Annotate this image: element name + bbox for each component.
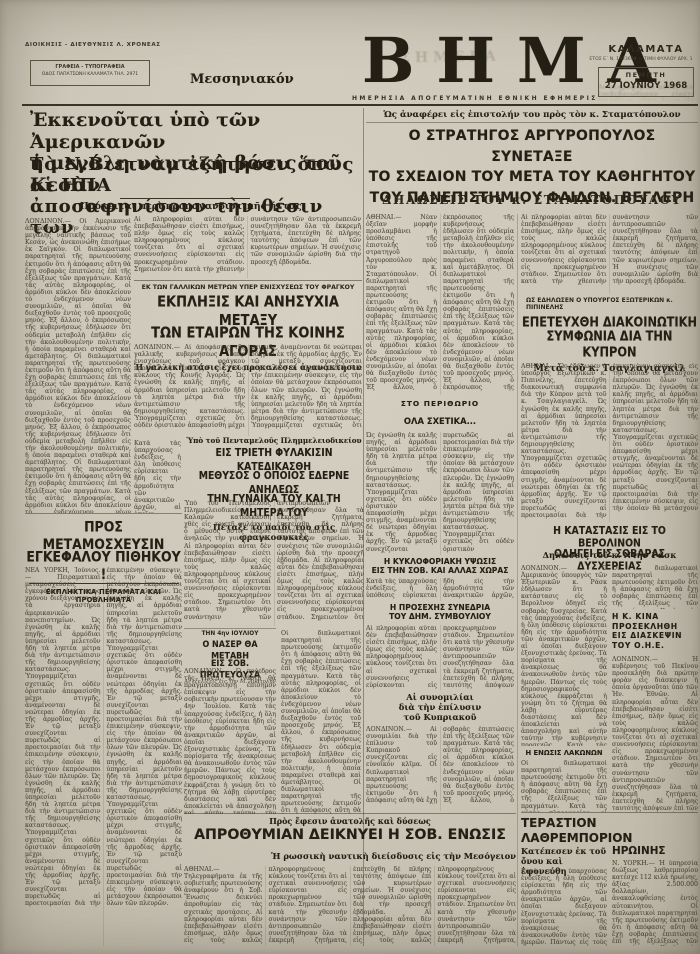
masthead-tagline: ΗΜΕΡΗΣΙΑ ΑΠΟΓΕΥΜΑΤΙΝΗ ΕΘΝΙΚΗ ΕΦΗΜΕΡΙΣ xyxy=(352,95,632,102)
right-body-3: Κατὰ τὰς ὑπαρχούσας ἐνδείξεις, ἡ ὅλη ὑπό… xyxy=(366,578,514,601)
reluctance-headline: ΑΠΡΟΘΥΜΙΑΝ ΔΕΙΚΝΥΕΙ Η ΣΟΒ. ΕΝΩΣΙΣ xyxy=(184,827,516,843)
heroin-body-right: Ν. ΥΟΡΚΗ.— Ἡ ὑπηρεσία διώξεως λαθρεμπορί… xyxy=(612,860,698,946)
heroin-body-left: Κατὰ τὰς ὑπαρχούσας ἐνδείξεις, ἡ ὅλη ὑπό… xyxy=(521,868,607,946)
china-un-4: ΤΟΥ Ο.Η.Ε. xyxy=(612,641,664,650)
right-body-1: ΑΘΗΝΑΙ.— Νέαν ὀξεῖαν μορφὴν προσλαμβάνει… xyxy=(366,214,514,395)
kyklo-header-1: Η ΚΥΚΛΟΦΟΡΙΑΚΗ ΥΨΩΣΙΣ xyxy=(384,557,496,566)
subhead-rule xyxy=(120,198,250,199)
masthead-city: ΚΑΛΑΜΑΤΑ xyxy=(596,44,696,55)
cyprus-talks-1: Αἱ συνομιλίαι xyxy=(406,692,473,702)
cyprus-kicker: ΩΣ ΕΔΗΛΩΣΕΝ Ο ΥΠΟΥΡΓΟΣ ΕΞΩΤΕΡΙΚΩΝ κ. ΠΙΠ… xyxy=(521,297,698,311)
nasser-kicker: ΤΗΝ 4ην ΙΟΥΛΙΟΥ xyxy=(184,631,276,637)
masthead-issue-line: ΕΤΟΣ Ε΄ Ν. 1923694 — ΤΙΜΗ ΦΥΛΛΟΥ ΔΡΧ. 1 xyxy=(584,57,698,62)
china-un-1: Η Κ. ΚΙΝΑ xyxy=(612,612,659,621)
synedria-header: Η ΠΡΟΣΕΧΗΣ ΣΥΝΕΔΡΙΑ ΤΟΥ ΔΗΜ. ΣΥΜΒΟΥΛΙΟΥ xyxy=(366,603,514,622)
lead-right-headline-1: Ο ΣΤΡΑΤΗΓΟΣ ΑΡΓΥΡΟΠΟΥΛΟΣ ΣΥΝΕΤΑΞΕ xyxy=(409,128,656,165)
cyprus-talks-2: διὰ τὴν ἐπίλυσιν xyxy=(399,702,481,712)
berlin-body-right: Οἱ διπλωματικοὶ παρατηρηταὶ τῆς πρωτευού… xyxy=(612,565,698,609)
heroin-headline-2: ΗΡΩΙΝΗΣ xyxy=(612,845,698,857)
trial-kicker: Ὑπὸ τοῦ Πενταμελοῦς Πλημμελειοδικείου xyxy=(184,436,364,445)
cyprus-kicker-text: ΩΣ ΕΔΗΛΩΣΕΝ Ο ΥΠΟΥΡΓΟΣ ΕΞΩΤΕΡΙΚΩΝ κ. ΠΙΠ… xyxy=(526,297,693,311)
lead-left-headline-2a: Τὸ Ν.Βιετνὰμ ἐζήτησεν ὅπως αἱ ΗΠΑ xyxy=(30,154,354,196)
left-strip-body: Κατὰ τὰς ὑπαρχούσας ἐνδείξεις, ἡ ὅλη ὑπό… xyxy=(134,440,181,513)
berlin-subhead: Δηλώσεις τοῦ κ. Ντὴν Ράσκ xyxy=(521,550,698,560)
kyklo-header: Η ΚΥΚΛΟΦΟΡΙΑΚΗ ΥΨΩΣΙΣ ΕΙΣ ΤΗΝ ΣΟΒ. ΚΑΙ Α… xyxy=(366,557,514,576)
marginal-header-1: ΣΤΟ ΠΕΡΙΘΩΡΙΟ xyxy=(366,399,514,408)
reluctance-kicker: Πρὸς ἔφεσιν ἀνατολῆς καὶ δύσεως xyxy=(184,816,516,826)
masthead-office-box: ΓΡΑΦΕΙΑ - ΤΥΠΟΓΡΑΦΕΙΑ ΟΔΟΣ ΠΑΠΑΤΣΩΝΗ ΚΑΛ… xyxy=(30,60,150,86)
heroin-side-head-1: Κατέπεσεν ἐκ τοῦ xyxy=(521,846,606,856)
synedria-header-2: ΤΟΥ ΔΗΜ. ΣΥΜΒΟΥΛΙΟΥ xyxy=(389,612,491,621)
common-market-kicker: ΕΚ ΤΩΝ ΓΑΛΛΙΚΩΝ ΜΕΤΡΩΝ ΥΠΕΡ ΕΝΙΣΧΥΣΕΩΣ Τ… xyxy=(134,284,362,291)
lead-left-body-cols23: Αἱ πληροφορίαι αὗται δὲν ἐπεβεβαιώθησαν … xyxy=(134,216,361,278)
right-body-5: ΛΟΝΔΙΝΟΝ.— Αἱ συνομιλίαι διὰ τὴν ἐπίλυσι… xyxy=(366,726,514,811)
nasser-body: ΛΟΝΔΙΝΟΝ.— Ὁ πρόεδρος τῆς Η.Α.Δ. κ. Νάσε… xyxy=(184,668,276,814)
kyklo-header-2: ΕΙΣ ΤΗΝ ΣΟΒ. ΚΑΙ ΑΛΛΑΣ ΧΩΡΑΣ xyxy=(372,566,509,575)
cyprus-headline-2: ΣΥΜΦΩΝΙΑ ΔΙΑ ΤΗΝ ΚΥΠΡΟΝ xyxy=(521,328,698,361)
reluctance-body: ΑΘΗΝΑΙ.— Τηλεγραφήματα ἐκ τῆς σοβιετικῆς… xyxy=(184,866,516,946)
heroin-headline: ΤΕΡΑΣΤΙΟΝ ΛΑΘΡΕΜΠΟΡΙΟΝ xyxy=(521,816,698,845)
china-un-header: Η Κ. ΚΙΝΑ ΠΡΟΣΕΚΛΗΘΗ ΕΙΣ ΔΙΑΣΚΕΨΙΝ ΤΟΥ Ο… xyxy=(612,612,698,650)
newspaper-page: ΣΗΜΕΡΑ Αἱ πληροφορίαι αὗται δὲν ἐπεβεβαι… xyxy=(0,0,700,954)
reluctance-subhead: Ἡ ρωσσικὴ ναυτικὴ διείσδυσις εἰς τὴν Μεσ… xyxy=(240,851,516,861)
berlin-body-left: ΛΟΝΔΙΝΟΝ.— Ὁ Ἀμερικανὸς ὑπουργὸς τῶν Ἐξω… xyxy=(521,565,607,746)
trial-body: Ὑπὸ τοῦ Πενταμελοῦς Πλημμελειοδικείου Κα… xyxy=(184,500,364,626)
date-box: ΠΕΜΠΤΗ 27 ΙΟΥΝΙΟΥ 1968 xyxy=(598,67,694,97)
right-column-divider xyxy=(517,214,518,946)
banner-top-rule xyxy=(184,813,516,814)
lead-right-subhead: ΔΗΛΩΣΕΙΣ ΤΟΥ κ. ΣΤΑΜΑΤΟΠΟΥΛΟΥ xyxy=(366,193,698,207)
brain-body: ΝΕΑ ΥΟΡΚΗ, Ἰούνιος.— Πειραματικαὶ μεταμο… xyxy=(25,567,182,946)
lead-left-subhead: Πρόκειται περὶ προπαγανδιστικῆς ἥττας; xyxy=(40,201,345,212)
lead-left-body-col1: ΛΟΝΔΙΝΟΝ.— Οἱ Ἀμερικανοὶ ἀπεφάσισαν τὴν … xyxy=(25,218,131,513)
date-box-date: 27 ΙΟΥΝΙΟΥ 1968 xyxy=(601,81,691,91)
marginal-header-2: ΟΛΑ ΣΧΕΤΙΚΑ... xyxy=(366,416,514,426)
office-box-line1: ΓΡΑΦΕΙΑ - ΤΥΠΟΓΡΑΦΕΙΑ xyxy=(33,64,147,70)
masthead-owner-line: ΔΙΟΙΚΗΣΙΣ - ΔΙΕΥΘΥΝΣΙΣ Λ. ΧΡΟΝΕΑΣ xyxy=(25,42,245,48)
china-un-body: ΛΟΝΔΙΝΟΝ.— Ἡ κυβέρνησις τοῦ Πεκίνου προσ… xyxy=(612,656,698,812)
berlin-body-left-2: Οἱ διπλωματικοὶ παρατηρηταὶ τῆς πρωτευού… xyxy=(521,760,607,812)
cyprus-talks-header: Αἱ συνομιλίαι διὰ τὴν ἐπίλυσιν τοῦ Κυπρι… xyxy=(366,692,514,723)
lakonia-header: Η ΕΝΩΣΙΣ ΛΑΚΩΝΩΝ xyxy=(521,749,607,757)
cyprus-talks-3: τοῦ Κυπριακοῦ xyxy=(404,712,477,722)
cyprus-body: ΑΘΗΝΑΙ.— Ὡς ἐδήλωσεν ὁ ὑπουργὸς Ἐξωτερικ… xyxy=(521,363,698,522)
synedria-header-1: Η ΠΡΟΣΕΧΗΣ ΣΥΝΕΔΡΙΑ xyxy=(390,603,490,612)
lead-left-headline-1a: Ἐκκενοῦται ὑπὸ τῶν Ἀμερικανῶν xyxy=(30,109,260,153)
common-market-body: ΛΟΝΔΙΝΟΝ.— Αἱ ἀποφάσεις τῆς γαλλικῆς κυβ… xyxy=(134,344,362,436)
heroin-top-rule xyxy=(521,812,698,813)
lead-right-kicker: Ὡς ἀναφέρει εἰς ἐπιστολήν του πρὸς τὸν κ… xyxy=(366,110,698,123)
lead-right-headline-2: ΤΟ ΣΧΕΔΙΟΝ ΤΟΥ ΜΕΤΑ ΤΟΥ ΚΑΘΗΓΗΤΟΥ xyxy=(369,169,696,185)
right-body-top: Αἱ πληροφορίαι αὗται δὲν ἐπεβεβαιώθησαν … xyxy=(521,214,698,294)
right-body-2: Ὡς ἐγνώσθη ἐκ καλῆς πηγῆς, αἱ ἁρμόδιαι ὑ… xyxy=(366,432,514,555)
date-box-day: ΠΕΜΠΤΗ xyxy=(601,71,691,79)
china-un-2: ΠΡΟΣΕΚΛΗΘΗ xyxy=(612,622,678,631)
edition-label: Μεσσηνιακόν xyxy=(190,72,294,87)
berlin-headline: Η ΚΑΤΑΣΤΑΣΙΣ ΕΙΣ ΤΟ ΒΕΡΟΛΙΝΟΝ ΟΔΗΓΕΙ ΕΙΣ… xyxy=(521,525,698,571)
masthead-rule xyxy=(22,104,698,106)
mid-strip-body: Οἱ διπλωματικοὶ παρατηρηταὶ τῆς πρωτευού… xyxy=(281,630,361,814)
right-body-4: Αἱ πληροφορίαι αὗται δὲν ἐπεβεβαιώθησαν … xyxy=(366,625,514,690)
china-un-3: ΕΙΣ ΔΙΑΣΚΕΨΙΝ xyxy=(612,631,682,640)
office-box-line2: ΟΔΟΣ ΠΑΠΑΤΣΩΝΗ ΚΑΛΑΜΑΤΑ ΤΗΛ. 2971 xyxy=(33,72,147,77)
